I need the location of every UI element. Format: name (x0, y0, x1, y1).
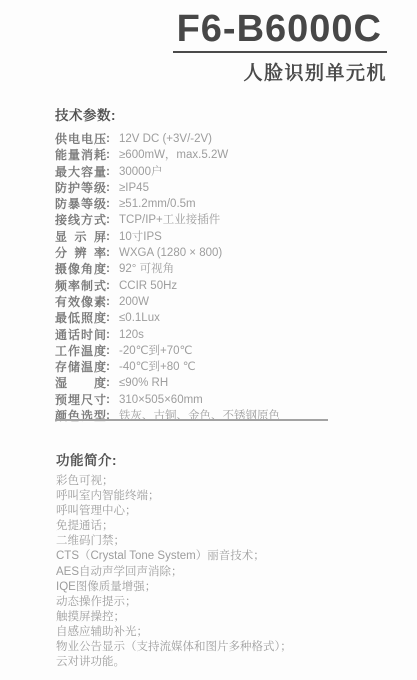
spec-colon: : (106, 343, 110, 357)
spec-row: 最大容量:30000户 (55, 164, 397, 180)
spec-label: 防护等级 (55, 181, 106, 196)
technical-parameters-section: 技术参数: 供电电压:12V DC (+3V/-2V)能量消耗:≥600mW，m… (55, 104, 397, 424)
spec-label: 有效像素 (55, 295, 106, 310)
function-item: IQE图像质量增强； (56, 580, 397, 595)
function-item: 触摸屏操控； (56, 610, 397, 625)
spec-label: 通话时间 (55, 328, 106, 343)
spec-row: 最低照度:≤0.1Lux (55, 310, 397, 326)
section-divider (55, 419, 328, 421)
spec-colon: : (106, 375, 110, 389)
spec-colon: : (106, 196, 110, 210)
spec-row: 预埋尺寸:310×505×60mm (55, 392, 397, 408)
product-subtitle: 人脸识别单元机 (173, 58, 387, 85)
spec-label: 摄像角度 (55, 262, 106, 277)
spec-label: 最大容量 (55, 165, 106, 180)
spec-colon: : (106, 245, 110, 259)
spec-colon: : (106, 164, 110, 178)
spec-row: 显示屏:10寸IPS (55, 229, 397, 245)
spec-row: 分辨率:WXGA (1280 × 800) (55, 245, 397, 261)
spec-value: ≥51.2mm/0.5m (119, 198, 196, 210)
spec-row: 接线方式:TCP/IP+工业接插件 (55, 212, 397, 228)
spec-label: 显示屏 (55, 230, 106, 245)
spec-value: ≥600mW，max.5.2W (119, 149, 228, 161)
spec-value: ≤0.1Lux (119, 312, 160, 324)
function-item: 彩色可视； (56, 474, 397, 489)
function-item: CTS（Crystal Tone System）丽音技术； (56, 549, 397, 564)
spec-label: 预埋尺寸 (55, 393, 106, 408)
spec-row: 供电电压:12V DC (+3V/-2V) (55, 131, 397, 147)
spec-value: 30000户 (119, 166, 162, 178)
spec-row: 摄像角度:92° 可视角 (55, 261, 397, 277)
function-item: AES自动声学回声消除； (56, 565, 397, 580)
spec-value: CCIR 50Hz (119, 280, 177, 292)
spec-colon: : (106, 359, 110, 373)
spec-colon: : (106, 212, 110, 226)
spec-value: ≥IP45 (119, 182, 149, 194)
spec-value: 120s (119, 329, 144, 341)
spec-label: 防暴等级 (55, 197, 106, 212)
spec-value: 92° 可视角 (119, 263, 174, 275)
function-item: 呼叫室内智能终端； (56, 489, 397, 504)
spec-row: 存储温度:-40℃到+80 ℃ (55, 359, 397, 375)
product-title: F6-B6000C (173, 10, 387, 53)
spec-value: 12V DC (+3V/-2V) (119, 133, 212, 145)
spec-colon: : (106, 392, 110, 406)
header: F6-B6000C 人脸识别单元机 (173, 10, 387, 85)
spec-row: 能量消耗:≥600mW，max.5.2W (55, 147, 397, 163)
specs-heading: 技术参数: (55, 104, 397, 124)
spec-row: 工作温度:-20℃到+70℃ (55, 343, 397, 359)
spec-value: WXGA (1280 × 800) (119, 247, 222, 259)
spec-row: 有效像素:200W (55, 294, 397, 310)
spec-value: ≤90% RH (119, 377, 168, 389)
spec-label: 工作温度 (55, 344, 106, 359)
spec-value: -20℃到+70℃ (119, 345, 192, 357)
spec-label: 最低照度 (55, 311, 106, 326)
spec-label: 能量消耗 (55, 148, 106, 163)
functions-heading: 功能简介: (56, 449, 397, 469)
function-item: 呼叫管理中心； (56, 504, 397, 519)
spec-row: 频率制式:CCIR 50Hz (55, 278, 397, 294)
spec-colon: : (106, 294, 110, 308)
function-item: 物业公告显示（支持流媒体和图片多种格式）； (56, 640, 397, 655)
spec-row: 通话时间:120s (55, 327, 397, 343)
spec-row: 防护等级:≥IP45 (55, 180, 397, 196)
spec-colon: : (106, 327, 110, 341)
functions-section: 功能简介: 彩色可视；呼叫室内智能终端；呼叫管理中心；免提通话；二维码门禁；CT… (56, 449, 397, 670)
function-list: 彩色可视；呼叫室内智能终端；呼叫管理中心；免提通话；二维码门禁；CTS（Crys… (56, 474, 397, 670)
spec-label: 颜色选型 (55, 409, 106, 424)
spec-label: 供电电压 (55, 132, 106, 147)
spec-value: 200W (119, 296, 149, 308)
spec-value: TCP/IP+工业接插件 (119, 214, 220, 226)
spec-label: 存储温度 (55, 360, 106, 375)
spec-label: 频率制式 (55, 279, 106, 294)
spec-colon: : (106, 278, 110, 292)
spec-colon: : (106, 131, 110, 145)
spec-colon: : (106, 310, 110, 324)
spec-label: 分辨率 (55, 246, 106, 261)
spec-row: 颜色选型:铁灰、古铜、金色、不锈钢原色 (55, 408, 397, 424)
spec-label: 湿度 (55, 376, 106, 391)
spec-colon: : (106, 261, 110, 275)
function-item: 二维码门禁； (56, 534, 397, 549)
spec-row: 防暴等级:≥51.2mm/0.5m (55, 196, 397, 212)
function-item: 自感应辅助补光； (56, 625, 397, 640)
spec-colon: : (106, 229, 110, 243)
spec-row: 湿度:≤90% RH (55, 375, 397, 391)
spec-colon: : (106, 180, 110, 194)
spec-label: 接线方式 (55, 213, 106, 228)
spec-value: -40℃到+80 ℃ (119, 361, 196, 373)
spec-list: 供电电压:12V DC (+3V/-2V)能量消耗:≥600mW，max.5.2… (55, 131, 397, 424)
spec-colon: : (106, 147, 110, 161)
spec-value: 10寸IPS (119, 231, 162, 243)
spec-value: 310×505×60mm (119, 394, 203, 406)
function-item: 免提通话； (56, 519, 397, 534)
spec-sheet-page: F6-B6000C 人脸识别单元机 技术参数: 供电电压:12V DC (+3V… (0, 0, 417, 680)
function-item: 云对讲功能。 (56, 655, 397, 670)
function-item: 动态操作提示； (56, 595, 397, 610)
